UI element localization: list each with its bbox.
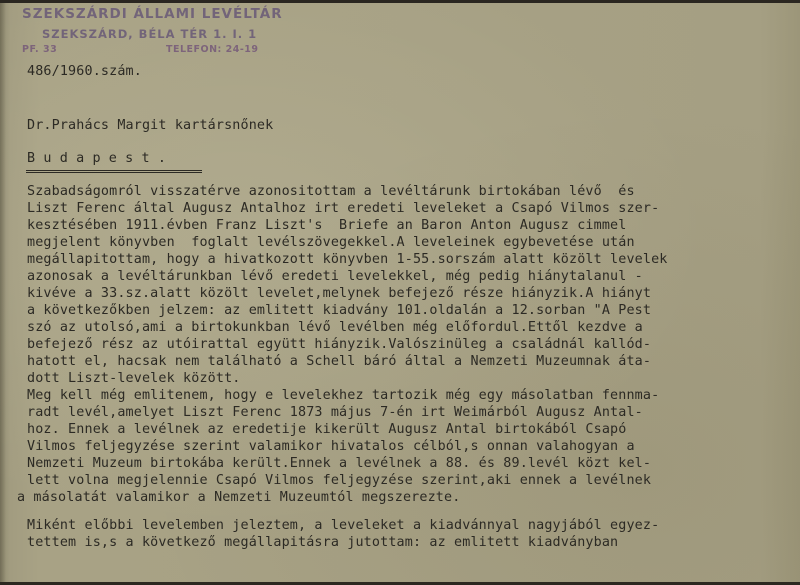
body-line: kivéve a 33.sz.alatt közölt levelet,mely…: [27, 286, 651, 301]
body-line: befejező rész az utóirattal együtt hiány…: [27, 337, 651, 352]
body-line: Vilmos feljegyzése szerint valamikor hiv…: [27, 439, 635, 454]
body-line: radt levél,amelyet Liszt Ferenc 1873 máj…: [27, 405, 643, 420]
addressee-city: Budapest.: [27, 151, 174, 166]
body-line: Szabadságomról visszatérve azonositottam…: [27, 184, 635, 199]
scanned-letter-page: SZEKSZÁRDI ÁLLAMI LEVÉLTÁR SZEKSZÁRD, BÉ…: [0, 0, 800, 585]
body-line: a következőkben jelzem: az emlitett kiad…: [27, 303, 651, 318]
city-underline: [26, 170, 202, 173]
stamp-address: SZEKSZÁRD, BÉLA TÉR 1. I. 1: [42, 27, 257, 41]
stamp-telephone: TELEFON: 24-19: [166, 44, 259, 55]
body-line: hatott el, hacsak nem található a Schell…: [27, 354, 651, 369]
reference-number: 486/1960.szám.: [27, 64, 142, 79]
body-line: megállapitottam, hogy a hivatkozott köny…: [27, 252, 668, 267]
body-line: szó az utolsó,ami a birtokunkban lévő le…: [27, 320, 643, 335]
body-line: kesztésében 1911.évben Franz Liszt's Bri…: [27, 218, 626, 233]
body-line: lett volna megjelennie Csapó Vilmos felj…: [27, 473, 651, 488]
scan-top-border: [0, 0, 800, 3]
body-line: Miként előbbi levelemben jeleztem, a lev…: [27, 518, 659, 533]
body-line: Liszt Ferenc által Augusz Antalhoz irt e…: [27, 201, 659, 216]
stamp-institution: SZEKSZÁRDI ÁLLAMI LEVÉLTÁR: [22, 6, 283, 22]
stamp-po-box: PF. 33: [22, 44, 57, 55]
body-line: a másolatát valamikor a Nemzeti Muzeumtó…: [17, 490, 460, 505]
body-line: azonosak a levéltárunkban lévő eredeti l…: [27, 269, 643, 284]
body-line: Nemzeti Muzeum birtokába került.Ennek a …: [27, 456, 651, 471]
body-line: dott Liszt-levelek között.: [27, 371, 241, 386]
body-line: tettem is,s a következő megállapitásra j…: [27, 535, 618, 550]
page-edge-shadow: [0, 0, 6, 585]
body-line: megjelent könyvben foglalt levélszövegek…: [27, 235, 635, 250]
addressee: Dr.Prahács Margit kartársnőnek: [27, 118, 273, 133]
body-line: Meg kell még emlitenem, hogy e levelekhe…: [27, 388, 659, 403]
body-line: hoz. Ennek a levélnek az eredetije kiker…: [27, 422, 626, 437]
